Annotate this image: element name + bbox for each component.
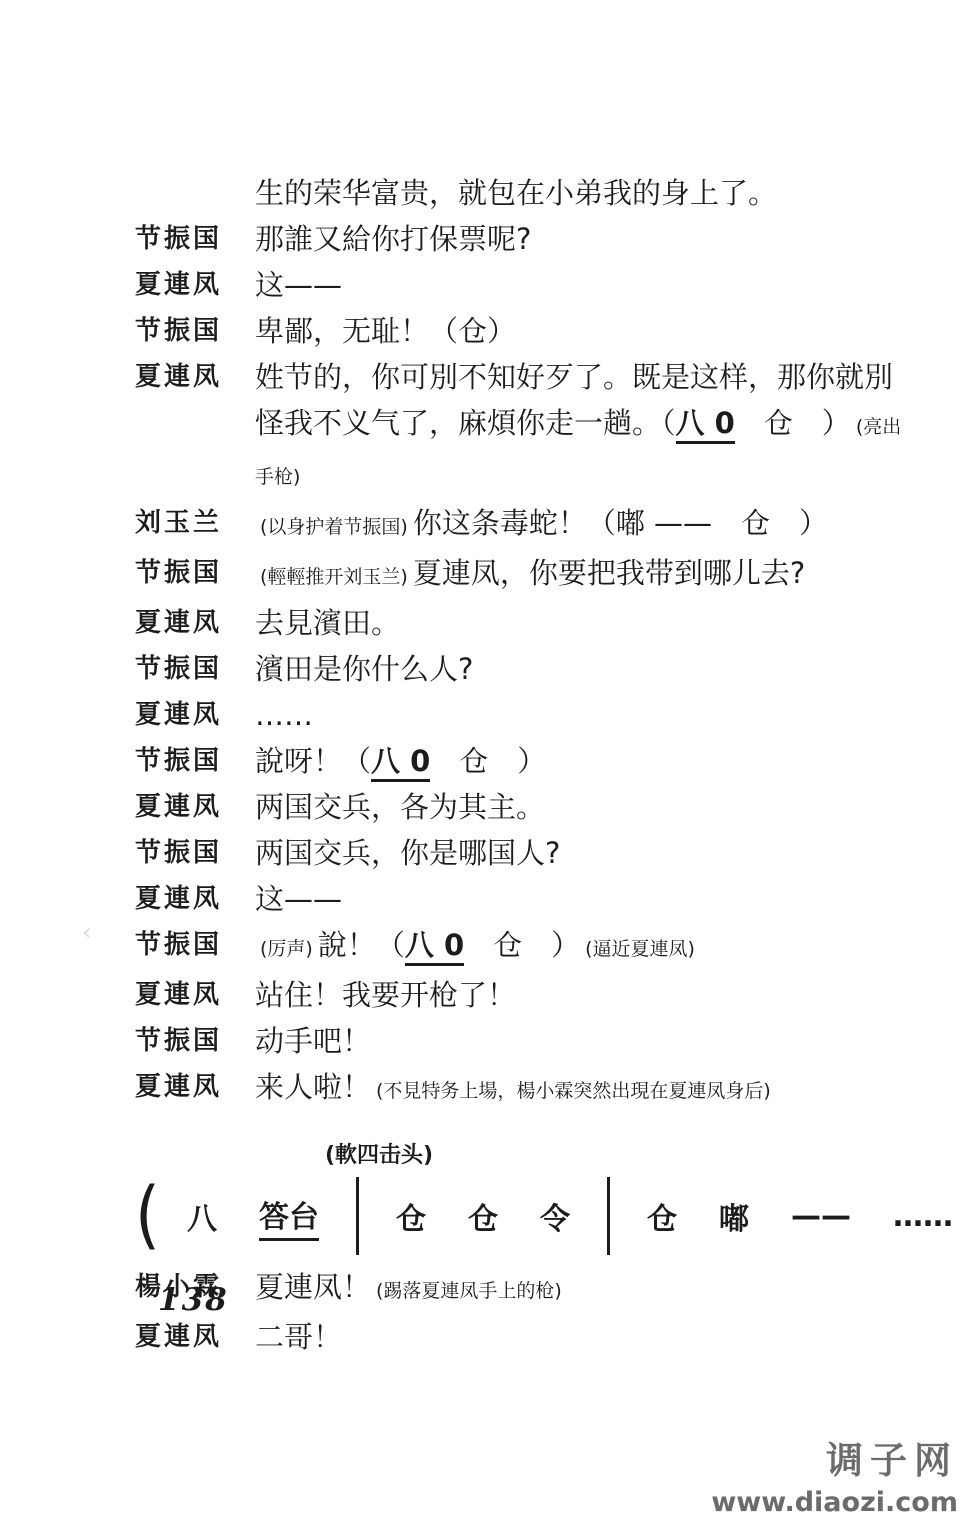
dialogue-content: 濱田是你什么人? xyxy=(255,646,915,692)
percussion-note: …… xyxy=(893,1199,953,1234)
watermark-site-name: 调子网 xyxy=(711,1430,958,1484)
percussion-notation-underlined: 八 0 xyxy=(405,928,464,966)
dialogue-line: 节振国(厉声)說！（八 0 仓 ）(逼近夏連凤) xyxy=(135,922,915,972)
dialogue-text: 这—— xyxy=(255,268,342,302)
dialogue-content: 說呀！（八 0 仓 ） xyxy=(255,738,915,784)
speaker-name: 夏連凤 xyxy=(135,354,255,500)
dialogue-line: 节振国濱田是你什么人? xyxy=(135,646,915,692)
dialogue-text: 来人啦！ xyxy=(255,1070,371,1104)
dialogue-text: …… xyxy=(255,698,313,732)
dialogue-line: 节振国(輕輕推开刘玉兰)夏連凤，你要把我带到哪儿去? xyxy=(135,550,915,600)
dialogue-content: …… xyxy=(255,692,915,738)
dialogue-content: 二哥！ xyxy=(255,1314,915,1360)
speaker-name: 夏連凤 xyxy=(135,1314,255,1360)
dialogue-content: 来人啦！(不見特务上場，楊小霖突然出現在夏連凤身后) xyxy=(255,1064,915,1114)
dialogue-content: (輕輕推开刘玉兰)夏連凤，你要把我带到哪儿去? xyxy=(255,550,915,600)
watermark-site-url: www.diaozi.com xyxy=(711,1487,958,1518)
percussion-note: 八 xyxy=(187,1194,217,1238)
opening-line-text: 生的荣华富贵，就包在小弟我的身上了。 xyxy=(255,170,915,216)
dialogue-text: 动手吧！ xyxy=(255,1024,371,1058)
watermark: 调子网 www.diaozi.com xyxy=(711,1430,958,1518)
dialogue-line: 夏連凤这—— xyxy=(135,876,915,922)
percussion-note: 仓 xyxy=(468,1194,498,1238)
speaker-name: 夏連凤 xyxy=(135,876,255,922)
stage-direction: (厉声) xyxy=(260,938,313,960)
speaker-name: 夏連凤 xyxy=(135,784,255,830)
dialogue-line: 夏連凤去見濱田。 xyxy=(135,600,915,646)
speaker-name: 节振国 xyxy=(135,550,255,600)
percussion-label: (軟四击头) xyxy=(325,1142,915,1170)
percussion-note: 仓 xyxy=(647,1194,677,1238)
speaker-name: 节振国 xyxy=(135,646,255,692)
page-number: 138 xyxy=(158,1282,229,1318)
dialogue-text: 仓 ） xyxy=(735,406,851,440)
stage-direction: (以身护着节振国) xyxy=(260,516,408,538)
dialogue-line: 节振国卑鄙，无耻！（仓） xyxy=(135,308,915,354)
dialogue-content: 姓节的，你可別不知好歹了。既是这样，那你就別怪我不义气了，麻煩你走一趟。（八 0… xyxy=(255,354,915,500)
dialogue-text: 夏連凤！ xyxy=(255,1270,371,1304)
percussion-note: 仓 xyxy=(396,1194,426,1238)
dialogue-content: 这—— xyxy=(255,876,915,922)
speaker-name: 节振国 xyxy=(135,308,255,354)
dialogue-text: 濱田是你什么人? xyxy=(255,652,473,686)
speaker-name: 节振国 xyxy=(135,1018,255,1064)
dialogue-content: 这—— xyxy=(255,262,915,308)
speaker-name: 节振国 xyxy=(135,738,255,784)
dialogue-line: 夏連凤二哥！ xyxy=(135,1314,915,1360)
dialogue-content: 那誰又給你打保票呢? xyxy=(255,216,915,262)
dialogue-content: (厉声)說！（八 0 仓 ）(逼近夏連凤) xyxy=(255,922,915,972)
dialogue-line: 楊小霖夏連凤！(踢落夏連凤手上的枪) xyxy=(135,1264,915,1314)
dialogue-content: 站住！我要开枪了！ xyxy=(255,972,915,1018)
dialogue-content: 去見濱田。 xyxy=(255,600,915,646)
dialogue-blocks: 节振国那誰又給你打保票呢?夏連凤这——节振国卑鄙，无耻！（仓）夏連凤姓节的，你可… xyxy=(135,216,915,1360)
measure-barline xyxy=(607,1177,610,1255)
dialogue-text: 站住！我要开枪了！ xyxy=(255,978,516,1012)
percussion-notation-underlined: 八 0 xyxy=(676,406,735,444)
dialogue-content: (以身护着节振国)你这条毒蛇！（嘟 —— 仓 ） xyxy=(255,500,915,550)
stage-direction: (逼近夏連凤) xyxy=(585,938,695,960)
speaker-name: 夏連凤 xyxy=(135,262,255,308)
dialogue-line: 夏連凤这—— xyxy=(135,262,915,308)
open-paren: ( xyxy=(135,1170,160,1262)
percussion-notation-underlined: 八 0 xyxy=(371,744,430,782)
dialogue-text: 卑鄙，无耻！（仓） xyxy=(255,314,516,348)
dialogue-text: 去見濱田。 xyxy=(255,606,400,640)
dialogue-text: 仓 ） xyxy=(430,744,546,778)
dialogue-text: 說！（ xyxy=(318,928,405,962)
dialogue-text: 两国交兵，你是哪国人? xyxy=(255,836,560,870)
dialogue-line: 刘玉兰(以身护着节振国)你这条毒蛇！（嘟 —— 仓 ） xyxy=(135,500,915,550)
dialogue-text: 仓 ） xyxy=(464,928,580,962)
dialogue-line: 夏連凤…… xyxy=(135,692,915,738)
dialogue-text: 两国交兵，各为其主。 xyxy=(255,790,545,824)
dialogue-content: 两国交兵，你是哪国人? xyxy=(255,830,915,876)
dialogue-text: 你这条毒蛇！（嘟 —— 仓 ） xyxy=(413,506,828,540)
dialogue-content: 两国交兵，各为其主。 xyxy=(255,784,915,830)
dialogue-line: 夏連凤两国交兵，各为其主。 xyxy=(135,784,915,830)
dialogue-line: 节振国說呀！（八 0 仓 ） xyxy=(135,738,915,784)
dialogue-content: 卑鄙，无耻！（仓） xyxy=(255,308,915,354)
measure-barline xyxy=(356,1177,359,1255)
dialogue-content: 夏連凤！(踢落夏連凤手上的枪) xyxy=(255,1264,915,1314)
percussion-line: (八答台仓仓令仓嘟——……) xyxy=(135,1176,915,1256)
dialogue-line: 夏連凤来人啦！(不見特务上場，楊小霖突然出現在夏連凤身后) xyxy=(135,1064,915,1114)
percussion-note: 令 xyxy=(540,1194,570,1238)
speaker-name: 节振国 xyxy=(135,216,255,262)
dialogue-line: 节振国那誰又給你打保票呢? xyxy=(135,216,915,262)
dialogue-text: 說呀！（ xyxy=(255,744,371,778)
speaker-name: 节振国 xyxy=(135,922,255,972)
stage-direction: (輕輕推开刘玉兰) xyxy=(260,566,408,588)
speaker-column-spacer xyxy=(135,170,255,216)
dialogue-text: 夏連凤，你要把我带到哪儿去? xyxy=(413,556,805,590)
stage-direction: (踢落夏連凤手上的枪) xyxy=(376,1280,562,1302)
dialogue-line: 夏連凤站住！我要开枪了！ xyxy=(135,972,915,1018)
percussion-note-underlined: 答台 xyxy=(259,1192,319,1241)
speaker-name: 夏連凤 xyxy=(135,600,255,646)
speaker-name: 刘玉兰 xyxy=(135,500,255,550)
dialogue-content: 动手吧！ xyxy=(255,1018,915,1064)
percussion-note: —— xyxy=(791,1199,851,1234)
script-body: 生的荣华富贵，就包在小弟我的身上了。 节振国那誰又給你打保票呢?夏連凤这——节振… xyxy=(135,170,915,1360)
dialogue-line: 夏連凤姓节的，你可別不知好歹了。既是这样，那你就別怪我不义气了，麻煩你走一趟。（… xyxy=(135,354,915,500)
dialogue-line: 节振国两国交兵，你是哪国人? xyxy=(135,830,915,876)
dialogue-text: 那誰又給你打保票呢? xyxy=(255,222,531,256)
dialogue-text: 二哥！ xyxy=(255,1320,342,1354)
speaker-name: 节振国 xyxy=(135,830,255,876)
percussion-block: (軟四击头)(八答台仓仓令仓嘟——……) xyxy=(135,1142,915,1256)
speaker-name: 夏連凤 xyxy=(135,1064,255,1114)
speaker-name: 夏連凤 xyxy=(135,692,255,738)
dialogue-line: 节振国动手吧！ xyxy=(135,1018,915,1064)
opening-line: 生的荣华富贵，就包在小弟我的身上了。 xyxy=(135,170,915,216)
scan-artifact: ‹ xyxy=(82,918,92,946)
percussion-note: 嘟 xyxy=(719,1194,749,1238)
speaker-name: 夏連凤 xyxy=(135,972,255,1018)
stage-direction: (不見特务上場，楊小霖突然出現在夏連凤身后) xyxy=(376,1080,771,1102)
dialogue-text: 这—— xyxy=(255,882,342,916)
